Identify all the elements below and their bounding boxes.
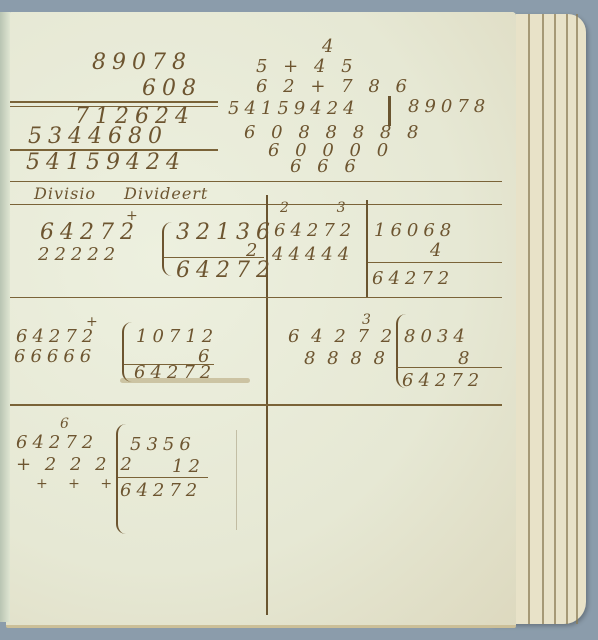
div2-check: 64272 — [372, 268, 454, 289]
div3-check: 64272 — [134, 362, 216, 383]
div1-divisor-row: 22222 — [38, 244, 120, 265]
div4-divisor: 8 — [458, 348, 474, 369]
div3-quotient: 10712 — [136, 326, 218, 347]
div5-sub-marks: + + + — [36, 476, 120, 492]
galley-top-carry: 4 — [322, 36, 338, 57]
div3-bracket — [122, 322, 132, 382]
grid-row-rule-1 — [10, 297, 502, 298]
grid-vertical-2 — [366, 200, 368, 298]
div2-rule — [368, 262, 502, 263]
div5-check: 64272 — [120, 480, 202, 501]
product: 54159424 — [26, 150, 186, 175]
div5-divisor: 12 — [172, 456, 205, 477]
div3-divisor-row: 66666 — [14, 346, 96, 367]
multiplicand: 89078 — [92, 50, 192, 75]
div2-carry-top: 2 3 — [280, 200, 349, 216]
div4-divisor-row: 8 8 8 8 — [304, 348, 388, 369]
div2-divisor: 4 — [430, 240, 446, 261]
heading-divisio: Divisio — [34, 184, 96, 203]
div2-divisor-row: 44444 — [272, 244, 354, 265]
div1-check: 64272 — [176, 258, 276, 283]
galley-row-6: 6 6 6 — [290, 156, 361, 177]
heading-rule-bottom — [10, 204, 502, 205]
book-photo: 89078 608 712624 5344680 54159424 4 5 + … — [0, 0, 598, 640]
multiplication-rule-1 — [10, 101, 218, 103]
spine-shadow — [0, 12, 10, 622]
div3-dividend: 64272 — [16, 326, 98, 347]
div5-dividend: 64272 — [16, 432, 98, 453]
div1-dividend: 64272 — [40, 220, 140, 245]
div2-dividend: 64272 — [274, 220, 356, 241]
heading-divideert: Divideert — [124, 184, 208, 203]
div4-check: 64272 — [402, 370, 484, 391]
galley-quotient: 89078 — [408, 96, 490, 117]
div2-quotient: 16068 — [374, 220, 456, 241]
grid-row-rule-2 — [10, 404, 502, 406]
heading-rule-top — [10, 181, 502, 182]
div5-carry: 6 — [60, 416, 72, 432]
galley-row-1: 5 + 4 5 — [256, 56, 358, 77]
galley-row-2: 6 2 + 7 8 6 — [256, 76, 412, 97]
multiplier: 608 — [142, 76, 202, 101]
div4-rule — [396, 367, 502, 368]
div5-quotient: 5356 — [130, 434, 196, 455]
partial-product-2: 5344680 — [28, 124, 168, 149]
galley-dividend: 54159424 — [228, 98, 360, 119]
div1-bracket — [162, 222, 172, 276]
div5-bracket — [116, 424, 128, 534]
div4-quotient: 8034 — [404, 326, 470, 347]
div5-rule — [118, 477, 208, 478]
div4-dividend: 6 4 2 7 2 — [288, 326, 395, 347]
div5-faint-frame — [236, 430, 237, 530]
